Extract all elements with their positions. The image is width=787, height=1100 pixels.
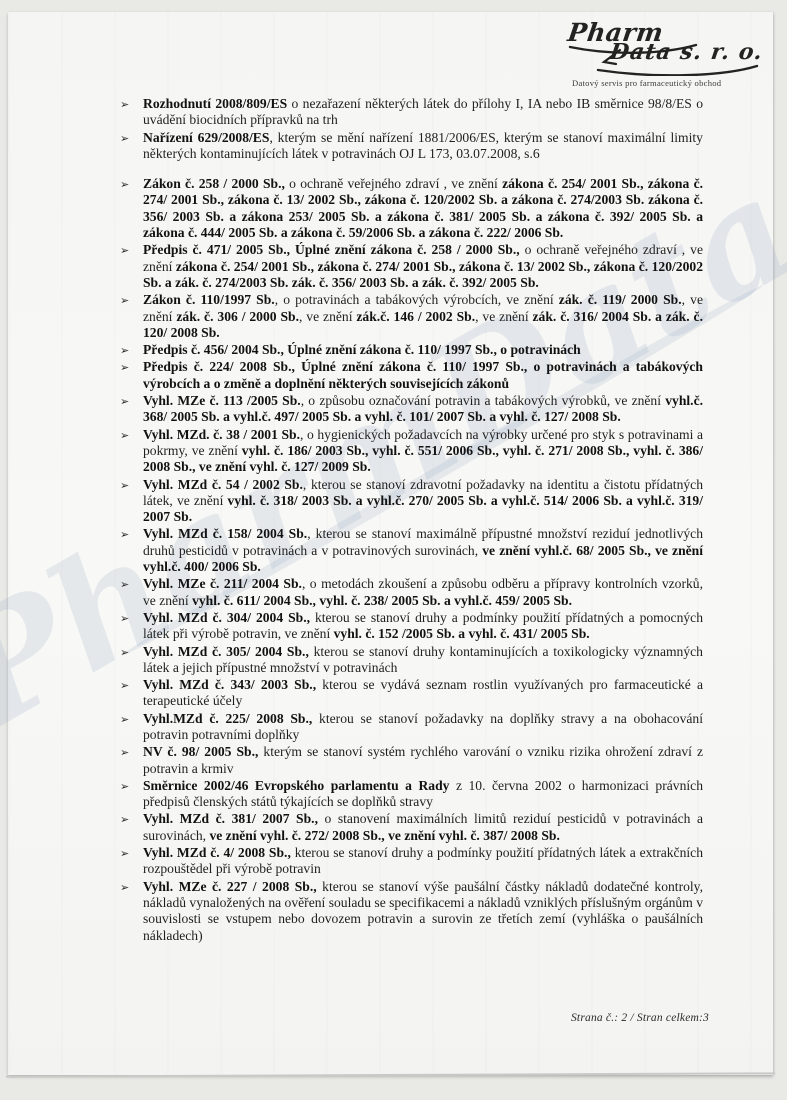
regulation-reference: vyhl. č. 611/ 2004 Sb., vyhl. č. 238/ 20… bbox=[192, 593, 572, 608]
regulation-reference: Předpis č. 224/ 2008 Sb., Úplné znění zá… bbox=[143, 359, 703, 390]
regulation-reference: Zákon č. 258 / 2000 Sb., bbox=[143, 176, 285, 191]
list-item: ➢Zákon č. 258 / 2000 Sb., o ochraně veře… bbox=[143, 176, 703, 241]
arrow-bullet-icon: ➢ bbox=[120, 678, 129, 694]
regulation-description: , ve znění bbox=[299, 309, 356, 324]
regulation-reference: NV č. 98/ 2005 Sb., bbox=[143, 744, 258, 759]
arrow-bullet-icon: ➢ bbox=[120, 880, 129, 896]
list-group: ➢Zákon č. 258 / 2000 Sb., o ochraně veře… bbox=[143, 176, 703, 944]
list-item: ➢Vyhl. MZe č. 211/ 2004 Sb., o metodách … bbox=[143, 576, 703, 609]
page-footer: Strana č.: 2 / Stran celkem:3 bbox=[571, 1012, 709, 1024]
list-item: ➢Vyhl. MZd č. 305/ 2004 Sb., kterou se s… bbox=[143, 644, 703, 677]
regulation-reference: Vyhl. MZd č. 343/ 2003 Sb., bbox=[143, 677, 316, 692]
arrow-bullet-icon: ➢ bbox=[120, 131, 129, 147]
logo-tagline: Datový servis pro farmaceutický obchod bbox=[564, 78, 764, 88]
regulation-reference: Vyhl. MZe č. 113 /2005 Sb. bbox=[143, 393, 301, 408]
list-item: ➢Směrnice 2002/46 Evropského parlamentu … bbox=[143, 778, 703, 811]
regulation-reference: Směrnice 2002/46 Evropského parlamentu a… bbox=[143, 778, 449, 793]
arrow-bullet-icon: ➢ bbox=[120, 527, 129, 543]
regulation-reference: zák.č. 146 / 2002 Sb. bbox=[356, 309, 475, 324]
arrow-bullet-icon: ➢ bbox=[120, 478, 129, 494]
regulation-reference: Vyhl. MZe č. 227 / 2008 Sb., bbox=[143, 879, 317, 894]
arrow-bullet-icon: ➢ bbox=[120, 846, 129, 862]
arrow-bullet-icon: ➢ bbox=[120, 293, 129, 309]
arrow-bullet-icon: ➢ bbox=[120, 97, 129, 113]
regulation-list: ➢Rozhodnutí 2008/809/ES o nezařazení něk… bbox=[143, 96, 703, 945]
list-item: ➢Vyhl. MZe č. 113 /2005 Sb., o způsobu o… bbox=[143, 393, 703, 426]
pharmdata-logo-graphic: Pharm Data s. r. o. bbox=[564, 20, 764, 76]
list-group: ➢Rozhodnutí 2008/809/ES o nezařazení něk… bbox=[143, 96, 703, 162]
regulation-reference: Vyhl. MZd č. 54 / 2002 Sb. bbox=[143, 477, 303, 492]
arrow-bullet-icon: ➢ bbox=[120, 745, 129, 761]
arrow-bullet-icon: ➢ bbox=[120, 243, 129, 259]
list-item: ➢Vyhl. MZd č. 158/ 2004 Sb., kterou se s… bbox=[143, 526, 703, 575]
regulation-description: o ochraně veřejného zdraví , ve znění bbox=[285, 176, 502, 191]
list-item: ➢Rozhodnutí 2008/809/ES o nezařazení něk… bbox=[143, 96, 703, 129]
list-item: ➢Vyhl.MZd č. 225/ 2008 Sb., kterou se st… bbox=[143, 711, 703, 744]
regulation-reference: Rozhodnutí 2008/809/ES bbox=[143, 96, 287, 111]
regulation-reference: Vyhl.MZd č. 225/ 2008 Sb., bbox=[143, 711, 312, 726]
list-item: ➢Vyhl. MZd č. 4/ 2008 Sb., kterou se sta… bbox=[143, 845, 703, 878]
arrow-bullet-icon: ➢ bbox=[120, 343, 129, 359]
regulation-reference: zák. č. 306 / 2000 Sb. bbox=[176, 309, 299, 324]
list-item: ➢Předpis č. 224/ 2008 Sb., Úplné znění z… bbox=[143, 359, 703, 392]
list-item: ➢Vyhl. MZd č. 381/ 2007 Sb., o stanovení… bbox=[143, 811, 703, 844]
regulation-description: , ve znění bbox=[475, 309, 532, 324]
list-item: ➢Vyhl. MZe č. 227 / 2008 Sb., kterou se … bbox=[143, 879, 703, 944]
regulation-description: , o způsobu označování potravin a tabáko… bbox=[301, 393, 666, 408]
regulation-reference: Předpis č. 456/ 2004 Sb., Úplné znění zá… bbox=[143, 342, 581, 357]
list-item: ➢Vyhl. MZd č. 343/ 2003 Sb., kterou se v… bbox=[143, 677, 703, 710]
arrow-bullet-icon: ➢ bbox=[120, 812, 129, 828]
regulation-description: , o potravinách a tabákových výrobcích, … bbox=[275, 292, 559, 307]
scanned-page: PharmData Pharm Data s. r. o. Datový ser… bbox=[8, 12, 773, 1075]
page-number: Strana č.: 2 / Stran celkem:3 bbox=[571, 1012, 709, 1024]
regulation-reference: Vyhl. MZd. č. 38 / 2001 Sb. bbox=[143, 427, 300, 442]
regulation-reference: Vyhl. MZe č. 211/ 2004 Sb. bbox=[143, 576, 302, 591]
regulation-reference: Nařízení 629/2008/ES bbox=[143, 130, 269, 145]
arrow-bullet-icon: ➢ bbox=[120, 712, 129, 728]
regulation-reference: vyhl. č. 318/ 2003 Sb. a vyhl.č. 270/ 20… bbox=[143, 493, 703, 524]
regulation-reference: Zákon č. 110/1997 Sb. bbox=[143, 292, 275, 307]
regulation-reference: Vyhl. MZd č. 305/ 2004 Sb., bbox=[143, 644, 309, 659]
regulation-reference: Vyhl. MZd č. 381/ 2007 Sb., bbox=[143, 811, 318, 826]
arrow-bullet-icon: ➢ bbox=[120, 394, 129, 410]
regulation-reference: Vyhl. MZd č. 4/ 2008 Sb., bbox=[143, 845, 291, 860]
arrow-bullet-icon: ➢ bbox=[120, 779, 129, 795]
regulation-reference: zák. č. 119/ 2000 Sb. bbox=[559, 292, 682, 307]
scan-background: { "document": { "logo": { "brand_top": "… bbox=[0, 0, 787, 1100]
arrow-bullet-icon: ➢ bbox=[120, 360, 129, 376]
logo-brand-bottom: Data s. r. o. bbox=[608, 39, 765, 65]
arrow-bullet-icon: ➢ bbox=[120, 577, 129, 593]
regulation-reference: zákona č. 254/ 2001 Sb., zákona č. 274/ … bbox=[143, 259, 703, 290]
regulation-reference: Vyhl. MZd č. 304/ 2004 Sb., bbox=[143, 610, 310, 625]
list-item: ➢NV č. 98/ 2005 Sb., kterým se stanoví s… bbox=[143, 744, 703, 777]
arrow-bullet-icon: ➢ bbox=[120, 177, 129, 193]
regulation-reference: Předpis č. 471/ 2005 Sb., Úplné znění zá… bbox=[143, 242, 520, 257]
list-item: ➢Vyhl. MZd č. 304/ 2004 Sb., kterou se s… bbox=[143, 610, 703, 643]
regulation-reference: ve znění vyhl. č. 272/ 2008 Sb., ve zněn… bbox=[209, 828, 559, 843]
regulation-reference: Vyhl. MZd č. 158/ 2004 Sb. bbox=[143, 526, 307, 541]
list-item: ➢Předpis č. 456/ 2004 Sb., Úplné znění z… bbox=[143, 342, 703, 358]
list-item: ➢Vyhl. MZd. č. 38 / 2001 Sb., o hygienic… bbox=[143, 427, 703, 476]
arrow-bullet-icon: ➢ bbox=[120, 428, 129, 444]
regulation-reference: vyhl. č. 152 /2005 Sb. a vyhl. č. 431/ 2… bbox=[334, 626, 590, 641]
arrow-bullet-icon: ➢ bbox=[120, 645, 129, 661]
company-logo: Pharm Data s. r. o. Datový servis pro fa… bbox=[564, 20, 764, 88]
list-item: ➢Vyhl. MZd č. 54 / 2002 Sb., kterou se s… bbox=[143, 477, 703, 526]
list-item: ➢Předpis č. 471/ 2005 Sb., Úplné znění z… bbox=[143, 242, 703, 291]
arrow-bullet-icon: ➢ bbox=[120, 611, 129, 627]
list-item: ➢Nařízení 629/2008/ES, kterým se mění na… bbox=[143, 130, 703, 163]
list-item: ➢Zákon č. 110/1997 Sb., o potravinách a … bbox=[143, 292, 703, 341]
